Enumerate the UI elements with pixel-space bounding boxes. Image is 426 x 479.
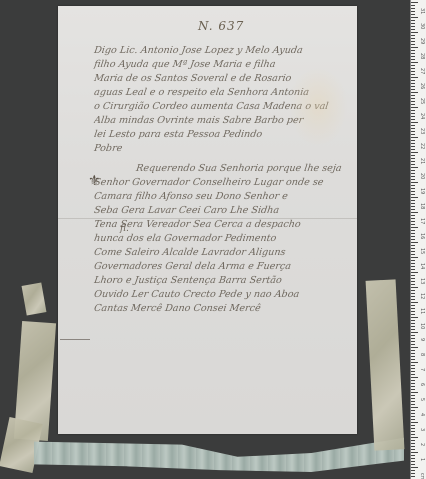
ruler-tick	[411, 173, 415, 174]
ruler-label: 6	[419, 383, 425, 386]
ruler-label: 24	[419, 113, 425, 119]
ruler-tick	[411, 350, 415, 351]
ruler-tick	[411, 329, 415, 330]
ruler-tick	[411, 152, 418, 153]
ruler-tick	[411, 218, 415, 219]
ruler-tick	[411, 470, 415, 471]
ruler-tick	[411, 35, 415, 36]
ruler-label: 26	[419, 83, 425, 89]
ruler-tick	[411, 404, 415, 405]
ruler-tick	[411, 221, 415, 222]
ruler-tick	[411, 116, 415, 117]
ruler-tick	[411, 164, 415, 165]
ruler-tick	[411, 86, 415, 87]
ruler-label: cm	[419, 473, 425, 479]
ruler-tick	[411, 278, 415, 279]
text-line: Camara filho Afonso seu Dono Senhor e	[93, 190, 353, 204]
ruler-tick	[411, 161, 415, 162]
ruler-tick	[411, 110, 415, 111]
ruler-tick	[411, 212, 418, 213]
ruler-tick	[411, 98, 415, 99]
ruler-tick	[411, 62, 418, 63]
ruler-label: 16	[419, 233, 425, 239]
ruler-tick	[411, 464, 415, 465]
ruler-tick	[411, 461, 415, 462]
ruler-tick	[411, 20, 415, 21]
ruler-tick	[411, 389, 415, 390]
ruler-tick	[411, 422, 418, 423]
ruler-tick	[411, 17, 418, 18]
ruler-label: 31	[419, 8, 425, 14]
ruler-label: 11	[419, 308, 425, 314]
text-line: Senhor Governador Conselheiro Lugar onde…	[93, 176, 353, 190]
ruler-tick	[411, 128, 415, 129]
text-line: Seba Gera Lavar Ceei Caro Lhe Sidha	[93, 204, 353, 218]
ruler-label: 1	[419, 458, 425, 461]
ruler-label: 15	[419, 248, 425, 254]
text-line: Alba mindas Ovrinte mais Sabre Barbo per	[93, 114, 353, 128]
ruler-tick	[411, 308, 415, 309]
ruler-tick	[411, 176, 415, 177]
ruler-tick	[411, 260, 415, 261]
ruler-tick	[411, 254, 415, 255]
ruler-tick	[411, 443, 415, 444]
ruler-tick	[411, 371, 415, 372]
ruler-tick	[411, 245, 415, 246]
text-line: Come Saleiro Alcalde Lavrador Aliguns	[93, 246, 353, 260]
ruler-label: 5	[419, 398, 425, 401]
ruler-tick	[411, 428, 415, 429]
ruler-tick	[411, 320, 415, 321]
ruler-tick	[411, 131, 415, 132]
ruler-tick	[411, 188, 415, 189]
ruler-tick	[411, 227, 418, 228]
ruler-tick	[411, 47, 418, 48]
ruler-tick	[411, 326, 415, 327]
ruler-tick	[411, 137, 418, 138]
ruler-label: 22	[419, 143, 425, 149]
ruler-tick	[411, 155, 415, 156]
ruler-tick	[411, 269, 415, 270]
ruler-label: 12	[419, 293, 425, 299]
ruler-label: 20	[419, 173, 425, 179]
ruler-tick	[411, 143, 415, 144]
ruler-tick	[411, 413, 415, 414]
ruler-tick	[411, 401, 415, 402]
ruler-tick	[411, 125, 415, 126]
ruler-tick	[411, 206, 415, 207]
ruler-tick	[411, 377, 418, 378]
ruler-tick	[411, 113, 415, 114]
ruler-tick	[411, 107, 418, 108]
ruler-tick	[411, 185, 415, 186]
ruler-tick	[411, 347, 418, 348]
ruler-tick	[411, 335, 415, 336]
ruler-label: 28	[419, 53, 425, 59]
margin-dash	[60, 339, 90, 340]
ruler-tick	[411, 56, 415, 57]
measurement-ruler: 3130292827262524232221201918171615141312…	[410, 0, 426, 479]
ruler-tick	[411, 458, 415, 459]
ruler-tick	[411, 89, 415, 90]
ruler-label: 9	[419, 338, 425, 341]
ruler-tick	[411, 215, 415, 216]
ruler-tick	[411, 452, 418, 453]
ruler-tick	[411, 179, 415, 180]
text-line: Digo Lic. Antonio Jose Lopez y Melo Ayud…	[93, 44, 353, 58]
ruler-tick	[411, 170, 415, 171]
ruler-tick	[411, 434, 415, 435]
ruler-tick	[411, 455, 415, 456]
ruler-label: 7	[419, 368, 425, 371]
ruler-tick	[411, 290, 415, 291]
ruler-tick	[411, 386, 415, 387]
ruler-tick	[411, 239, 415, 240]
ruler-tick	[411, 365, 415, 366]
ruler-tick	[411, 449, 415, 450]
ruler-tick	[411, 101, 415, 102]
ruler-tick	[411, 359, 415, 360]
ruler-tick	[411, 398, 415, 399]
ruler-tick	[411, 338, 415, 339]
text-line: Maria de os Santos Soveral e de Rosario	[93, 72, 353, 86]
ruler-tick	[411, 344, 415, 345]
text-line: lei Lesto para esta Pessoa Pedindo	[93, 128, 353, 142]
ruler-tick	[411, 395, 415, 396]
ruler-tick	[411, 23, 415, 24]
ruler-tick	[411, 293, 415, 294]
ruler-tick	[411, 14, 415, 15]
ruler-tick	[411, 266, 415, 267]
ruler-tick	[411, 272, 418, 273]
ruler-tick	[411, 191, 415, 192]
ruler-tick	[411, 230, 415, 231]
ruler-tick	[411, 68, 415, 69]
ruler-tick	[411, 251, 415, 252]
text-line: Ouvido Ler Cauto Crecto Pede y nao Aboa	[93, 288, 353, 302]
ruler-tick	[411, 332, 418, 333]
ruler-tick	[411, 74, 415, 75]
ruler-tick	[411, 95, 415, 96]
ruler-tick	[411, 122, 418, 123]
text-line: filho Ayuda que Mª Jose Maria e filha	[93, 58, 353, 72]
text-line: hunca dos ela Governador Pedimento	[93, 232, 353, 246]
ruler-tick	[411, 146, 415, 147]
ruler-tick	[411, 224, 415, 225]
ruler-tick	[411, 29, 415, 30]
ruler-label: 19	[419, 188, 425, 194]
ruler-tick	[411, 323, 415, 324]
ruler-tick	[411, 407, 418, 408]
ruler-tick	[411, 419, 415, 420]
ruler-label: 4	[419, 413, 425, 416]
ruler-tick	[411, 473, 415, 474]
text-line: o Cirurgião Cordeo aumenta Casa Madena o…	[93, 100, 353, 114]
ruler-tick	[411, 248, 415, 249]
ruler-tick	[411, 431, 415, 432]
ruler-tick	[411, 410, 415, 411]
ruler-tick	[411, 119, 415, 120]
ruler-label: 8	[419, 353, 425, 356]
ruler-tick	[411, 209, 415, 210]
ruler-tick	[411, 167, 418, 168]
ruler-tick	[411, 233, 415, 234]
ruler-tick	[411, 257, 418, 258]
ruler-label: 27	[419, 68, 425, 74]
text-line: Lhoro e Justiça Sentença Barra Sertão	[93, 274, 353, 288]
ruler-tick	[411, 104, 415, 105]
ruler-tick	[411, 200, 415, 201]
ruler-label: 23	[419, 128, 425, 134]
ruler-tick	[411, 440, 415, 441]
ruler-tick	[411, 467, 418, 468]
ruler-tick	[411, 392, 418, 393]
ruler-tick	[411, 296, 415, 297]
ruler-tick	[411, 5, 415, 6]
ruler-tick	[411, 242, 418, 243]
ruler-tick	[411, 80, 415, 81]
ruler-tick	[411, 281, 415, 282]
ruler-tick	[411, 140, 415, 141]
ruler-tick	[411, 50, 415, 51]
ruler-tick	[411, 41, 415, 42]
ruler-tick	[411, 263, 415, 264]
ruler-tick	[411, 284, 415, 285]
ruler-tick	[411, 437, 418, 438]
ruler-tick	[411, 287, 418, 288]
ruler-label: 21	[419, 158, 425, 164]
ruler-tick	[411, 416, 415, 417]
manuscript-text: Digo Lic. Antonio Jose Lopez y Melo Ayud…	[94, 44, 352, 316]
ruler-label: 29	[419, 38, 425, 44]
ruler-label: 17	[419, 218, 425, 224]
ruler-tick	[411, 353, 415, 354]
ruler-tick	[411, 197, 418, 198]
ruler-tick	[411, 362, 418, 363]
manuscript-page: N. 637 ⚜ fl. Digo Lic. Antonio Jose Lope…	[58, 6, 357, 434]
ruler-tick	[411, 305, 415, 306]
ruler-tick	[411, 77, 418, 78]
ruler-tick	[411, 275, 415, 276]
ruler-tick	[411, 71, 415, 72]
ruler-tick	[411, 425, 415, 426]
text-line: Tena Sera Vereador Sea Cerca a despacho	[93, 218, 353, 232]
ruler-tick	[411, 368, 415, 369]
ruler-tick	[411, 32, 418, 33]
ruler-label: 2	[419, 443, 425, 446]
ruler-tick	[411, 356, 415, 357]
ruler-tick	[411, 83, 415, 84]
ruler-tick	[411, 8, 415, 9]
ruler-tick	[411, 314, 415, 315]
ruler-tick	[411, 182, 418, 183]
ruler-tick	[411, 446, 415, 447]
ruler-tick	[411, 311, 415, 312]
ruler-tick	[411, 158, 415, 159]
ruler-tick	[411, 374, 415, 375]
ruler-tick	[411, 59, 415, 60]
ruler-tick	[411, 65, 415, 66]
ruler-label: 10	[419, 323, 425, 329]
text-line: Governadores Geral dela Arma e Fuerça	[93, 260, 353, 274]
ruler-tick	[411, 26, 415, 27]
ruler-tick	[411, 380, 415, 381]
ruler-tick	[411, 317, 418, 318]
ruler-tick	[411, 299, 415, 300]
ruler-label: 14	[419, 263, 425, 269]
ruler-tick	[411, 302, 418, 303]
ruler-tick	[411, 53, 415, 54]
ruler-tick	[411, 92, 418, 93]
ruler-tick	[411, 11, 415, 12]
ruler-tick	[411, 134, 415, 135]
ruler-tick	[411, 2, 418, 3]
ruler-tick	[411, 236, 415, 237]
ruler-tick	[411, 383, 415, 384]
folio-number: N. 637	[198, 19, 244, 33]
ruler-tick	[411, 44, 415, 45]
text-line: Cantas Mercê Dano Consei Mercê	[93, 302, 353, 316]
ruler-label: 30	[419, 23, 425, 29]
ruler-tick	[411, 38, 415, 39]
text-line: Pobre	[93, 142, 155, 156]
text-line: aguas Leal e o respeito ela Senhora Anto…	[93, 86, 353, 100]
ruler-tick	[411, 194, 415, 195]
ruler-tick	[411, 476, 415, 477]
ruler-label: 13	[419, 278, 425, 284]
text-line: Requerendo Sua Senhoria porque lhe seja	[93, 162, 353, 176]
ruler-label: 25	[419, 98, 425, 104]
ruler-tick	[411, 149, 415, 150]
ruler-tick	[411, 203, 415, 204]
ruler-label: 18	[419, 203, 425, 209]
ruler-tick	[411, 341, 415, 342]
ruler-label: 3	[419, 428, 425, 431]
